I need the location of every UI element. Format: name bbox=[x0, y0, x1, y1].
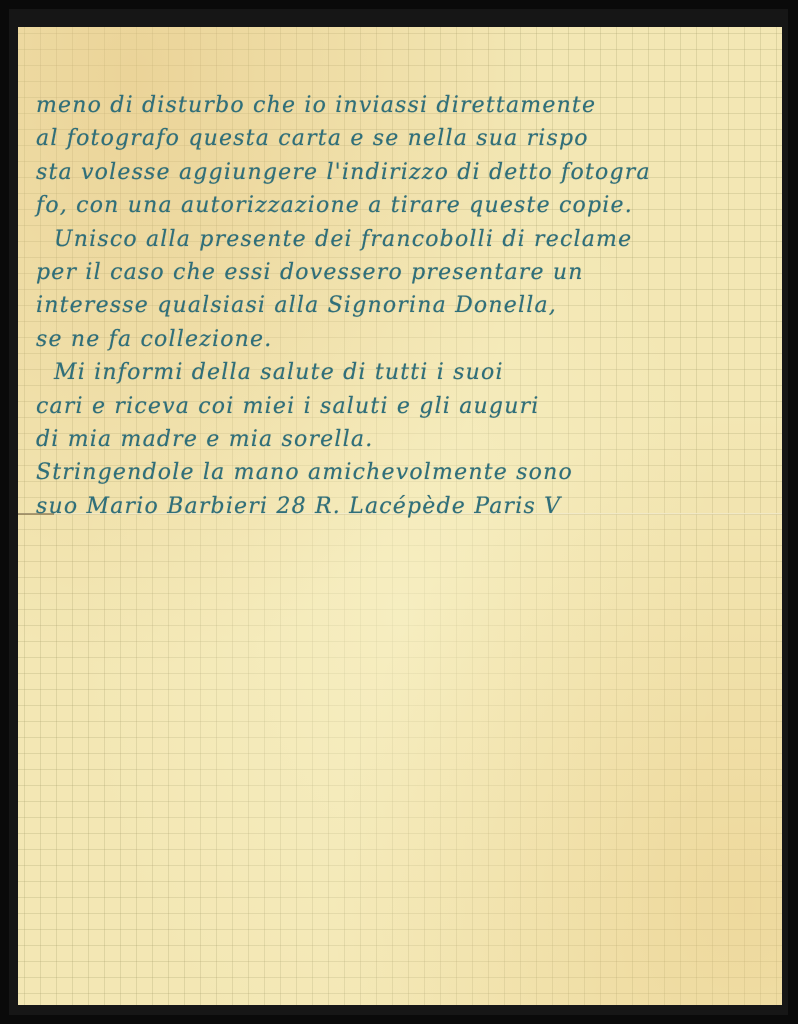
signature-line: suo Mario Barbieri 28 R. Lacépède Paris … bbox=[36, 490, 782, 523]
letter-line: se ne fa collezione. bbox=[36, 323, 782, 356]
letter-page: meno di disturbo che io inviassi diretta… bbox=[18, 27, 782, 1005]
letter-line: sta volesse aggiungere l'indirizzo di de… bbox=[36, 156, 782, 189]
letter-line: cari e riceva coi miei i saluti e gli au… bbox=[36, 390, 782, 423]
letter-line: di mia madre e mia sorella. bbox=[36, 423, 782, 456]
letter-line: Unisco alla presente dei francobolli di … bbox=[36, 223, 782, 256]
letter-body: meno di disturbo che io inviassi diretta… bbox=[36, 89, 782, 523]
letter-line: Stringendole la mano amichevolmente sono bbox=[36, 456, 782, 489]
letter-line: meno di disturbo che io inviassi diretta… bbox=[36, 89, 782, 122]
letter-line: per il caso che essi dovessero presentar… bbox=[36, 256, 782, 289]
letter-line: interesse qualsiasi alla Signorina Donel… bbox=[36, 289, 782, 322]
letter-line: Mi informi della salute di tutti i suoi bbox=[36, 356, 782, 389]
letter-line: al fotografo questa carta e se nella sua… bbox=[36, 122, 782, 155]
letter-line: fo, con una autorizzazione a tirare ques… bbox=[36, 189, 782, 222]
